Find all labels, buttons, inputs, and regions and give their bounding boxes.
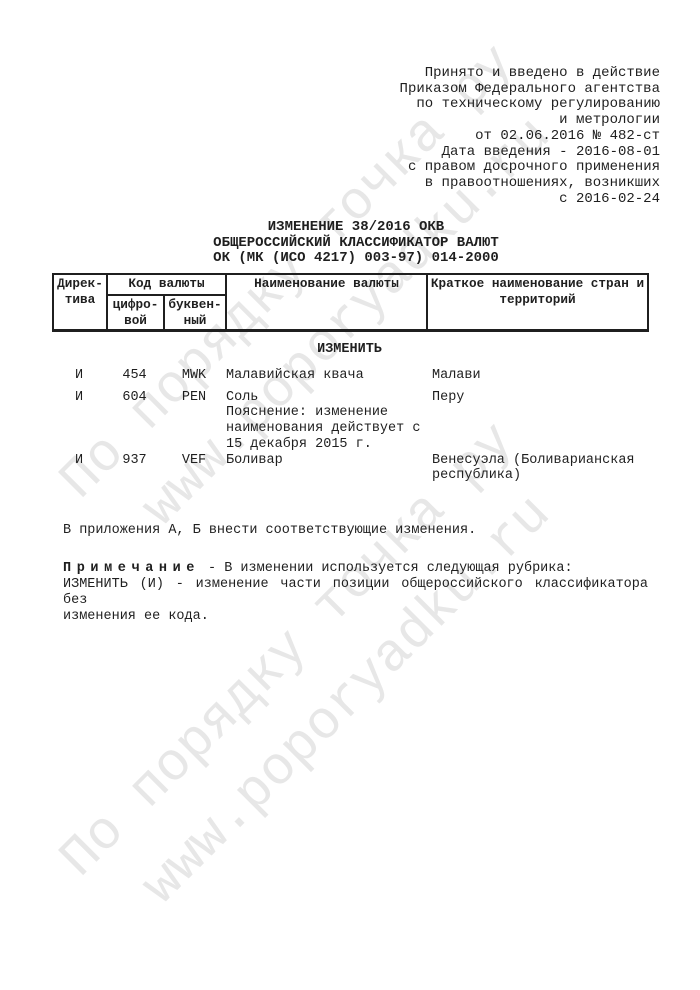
change-number-line: ИЗМЕНЕНИЕ 38/2016 ОКВ: [52, 220, 660, 236]
appendix-instruction: В приложения А, Б внести соответствующие…: [63, 523, 476, 538]
effective-date-line: в правоотношениях, возникших: [400, 176, 660, 192]
effective-date-line: с 2016-02-24: [400, 192, 660, 208]
table-row: И 454 MWK Малавийская квача Малави: [52, 368, 660, 384]
cell-numeric-code: 937: [106, 453, 163, 484]
note-heading-line: Примечание- В изменении используется сле…: [63, 561, 648, 577]
cell-currency-name: Боливар: [225, 453, 428, 484]
adoption-line: Принято и введено в действие: [400, 66, 660, 82]
note-rubric-line-end: изменения ее кода.: [63, 609, 648, 625]
cell-currency-name: Соль Пояснение: изменение наименования д…: [225, 390, 428, 453]
cell-alpha-code: MWK: [163, 368, 225, 384]
cell-alpha-code: VEF: [163, 453, 225, 484]
header-currency-code: Код валюты: [107, 274, 226, 295]
table-row: И 604 PEN Соль Пояснение: изменение наим…: [52, 390, 660, 453]
adoption-statement: Принято и введено в действие Приказом Фе…: [400, 66, 660, 145]
header-currency-name: Наименование валюты: [226, 274, 427, 331]
classifier-table-header: Дирек- тива Код валюты Наименование валю…: [52, 273, 649, 332]
adoption-line: Приказом Федерального агентства: [400, 82, 660, 98]
cell-countries: Перу: [428, 390, 660, 453]
note-block: Примечание- В изменении используется сле…: [63, 561, 648, 625]
classifier-name-line: ОБЩЕРОССИЙСКИЙ КЛАССИФИКАТОР ВАЛЮТ: [52, 236, 660, 252]
adoption-block: Принято и введено в действие Приказом Фе…: [400, 66, 660, 207]
effective-date-line: с правом досрочного применения: [400, 160, 660, 176]
adoption-order-number: от 02.06.2016 № 482-ст: [400, 129, 660, 145]
effective-date-statement: Дата введения - 2016-08-01 с правом доср…: [400, 145, 660, 208]
cell-alpha-code: PEN: [163, 390, 225, 453]
cell-numeric-code: 604: [106, 390, 163, 453]
note-heading-text: - В изменении используется следующая руб…: [208, 561, 573, 576]
header-countries: Краткое наименование стран и территорий: [427, 274, 648, 331]
header-directive: Дирек- тива: [53, 274, 107, 331]
note-label: Примечание: [63, 561, 200, 576]
cell-countries: Венесуэла (Боливарианская республика): [428, 453, 660, 484]
cell-numeric-code: 454: [106, 368, 163, 384]
section-label-izmenit: ИЗМЕНИТЬ: [52, 342, 647, 357]
watermark-text: По порядку точка ру: [52, 414, 526, 888]
cell-countries: Малави: [428, 368, 660, 384]
cell-directive: И: [52, 368, 106, 384]
note-rubric-line: ИЗМЕНИТЬ (И) - изменение части позиции о…: [63, 577, 648, 609]
cell-currency-name: Малавийская квача: [225, 368, 428, 384]
watermark-url: www.poporyadku.ru: [134, 487, 562, 915]
table-row: И 937 VEF Боливар Венесуэла (Боливарианс…: [52, 453, 660, 484]
table-body: И 454 MWK Малавийская квача Малави И 604…: [52, 368, 660, 484]
header-code-digital: цифро- вой: [107, 295, 164, 331]
effective-date-line: Дата введения - 2016-08-01: [400, 145, 660, 161]
cell-directive: И: [52, 390, 106, 453]
cell-directive: И: [52, 453, 106, 484]
classifier-code-line: ОК (МК (ИСО 4217) 003-97) 014-2000: [52, 251, 660, 267]
document-page: По порядку точка ру www.poporyadku.ru По…: [0, 0, 700, 990]
adoption-line: и метрологии: [400, 113, 660, 129]
header-code-alpha: буквен- ный: [164, 295, 226, 331]
document-title: ИЗМЕНЕНИЕ 38/2016 ОКВ ОБЩЕРОССИЙСКИЙ КЛА…: [52, 220, 660, 267]
adoption-line: по техническому регулированию: [400, 97, 660, 113]
